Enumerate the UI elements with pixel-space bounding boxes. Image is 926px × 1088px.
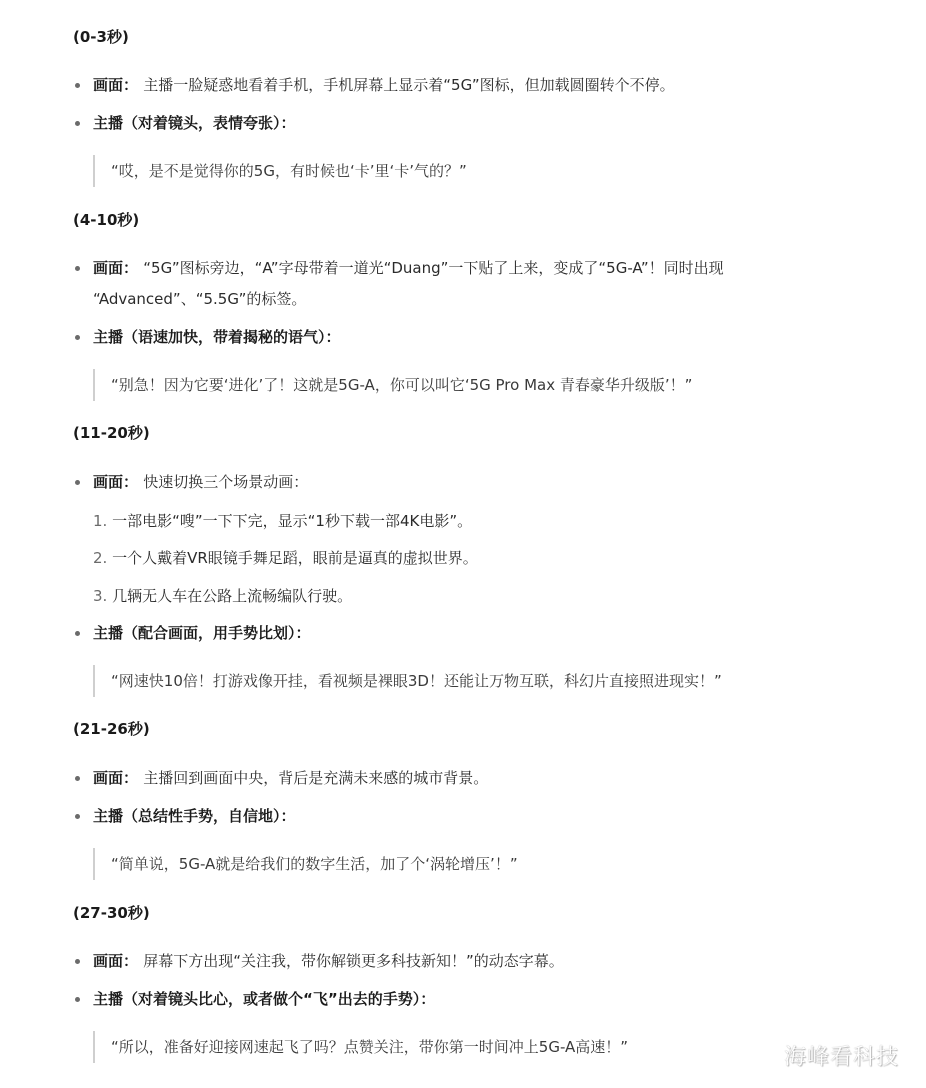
list-item-text: 一个人戴着VR眼镜手舞足蹈，眼前是逼真的虚拟世界。: [112, 549, 478, 567]
host-label: 主播（对着镜头比心，或者做个“飞”出去的手势）：: [93, 989, 435, 1009]
bullet-icon: [75, 959, 80, 964]
quote-text: “别急！因为它要‘进化’了！这就是5G-A，你可以叫它‘5G Pro Max 青…: [111, 375, 692, 395]
blockquote: “哎，是不是觉得你的5G，有时候也‘卡’里‘卡’气的？”: [93, 155, 95, 187]
host-label: 主播（对着镜头，表情夸张）：: [93, 113, 296, 133]
section-time-heading: (11-20秒): [73, 423, 150, 443]
quote-text: “网速快10倍！打游戏像开挂，看视频是裸眼3D！还能让万物互联，科幻片直接照进现…: [111, 671, 722, 691]
scene-label: 画面：: [93, 473, 138, 491]
scene-label: 画面：: [93, 76, 138, 94]
section-time-heading: (21-26秒): [73, 719, 150, 739]
list-item-text: 几辆无人车在公路上流畅编队行驶。: [112, 587, 352, 605]
list-item-text: 一部电影“嗖”一下下完，显示“1秒下载一部4K电影”。: [112, 512, 472, 530]
host-label: 主播（配合画面，用手势比划）：: [93, 623, 311, 643]
scene-text: 主播回到画面中央，背后是充满未来感的城市背景。: [143, 769, 488, 787]
ordered-list-item: 1. 一部电影“嗖”一下下完，显示“1秒下载一部4K电影”。: [93, 511, 472, 531]
scene-label: 画面：: [93, 769, 138, 787]
scene-text: 快速切换三个场景动画：: [143, 473, 308, 491]
blockquote: “网速快10倍！打游戏像开挂，看视频是裸眼3D！还能让万物互联，科幻片直接照进现…: [93, 665, 95, 697]
bullet-icon: [75, 480, 80, 485]
quote-text: “哎，是不是觉得你的5G，有时候也‘卡’里‘卡’气的？”: [111, 161, 467, 181]
host-label: 主播（语速加快，带着揭秘的语气）：: [93, 327, 341, 347]
list-number: 3.: [93, 587, 107, 605]
section-time-heading: (27-30秒): [73, 903, 150, 923]
blockquote: “所以，准备好迎接网速起飞了吗？点赞关注，带你第一时间冲上5G-A高速！”: [93, 1031, 95, 1063]
watermark: 海峰看科技: [784, 1040, 899, 1071]
blockquote: “简单说，5G-A就是给我们的数字生活，加了个‘涡轮增压’！”: [93, 848, 95, 880]
bullet-icon: [75, 266, 80, 271]
scene-text-continued: “Advanced”、“5.5G”的标签。: [93, 289, 306, 309]
scene-text: “5G”图标旁边，“A”字母带着一道光“Duang”一下贴了上来，变成了“5G-…: [143, 259, 723, 277]
blockquote: “别急！因为它要‘进化’了！这就是5G-A，你可以叫它‘5G Pro Max 青…: [93, 369, 95, 401]
ordered-list-item: 3. 几辆无人车在公路上流畅编队行驶。: [93, 586, 352, 606]
scene-label: 画面：: [93, 952, 138, 970]
section-time-heading: (0-3秒): [73, 27, 129, 47]
ordered-list-item: 2. 一个人戴着VR眼镜手舞足蹈，眼前是逼真的虚拟世界。: [93, 548, 478, 568]
list-number: 2.: [93, 549, 107, 567]
bullet-icon: [75, 83, 80, 88]
bullet-icon: [75, 335, 80, 340]
bullet-icon: [75, 814, 80, 819]
scene-label: 画面：: [93, 259, 138, 277]
section-time-heading: (4-10秒): [73, 210, 139, 230]
quote-text: “所以，准备好迎接网速起飞了吗？点赞关注，带你第一时间冲上5G-A高速！”: [111, 1037, 628, 1057]
bullet-icon: [75, 631, 80, 636]
bullet-icon: [75, 997, 80, 1002]
host-label: 主播（总结性手势，自信地）：: [93, 806, 296, 826]
scene-text: 主播一脸疑惑地看着手机，手机屏幕上显示着“5G”图标，但加载圆圈转个不停。: [143, 76, 674, 94]
scene-text: 屏幕下方出现“关注我，带你解锁更多科技新知！”的动态字幕。: [143, 952, 564, 970]
list-number: 1.: [93, 512, 107, 530]
bullet-icon: [75, 121, 80, 126]
bullet-icon: [75, 776, 80, 781]
quote-text: “简单说，5G-A就是给我们的数字生活，加了个‘涡轮增压’！”: [111, 854, 518, 874]
